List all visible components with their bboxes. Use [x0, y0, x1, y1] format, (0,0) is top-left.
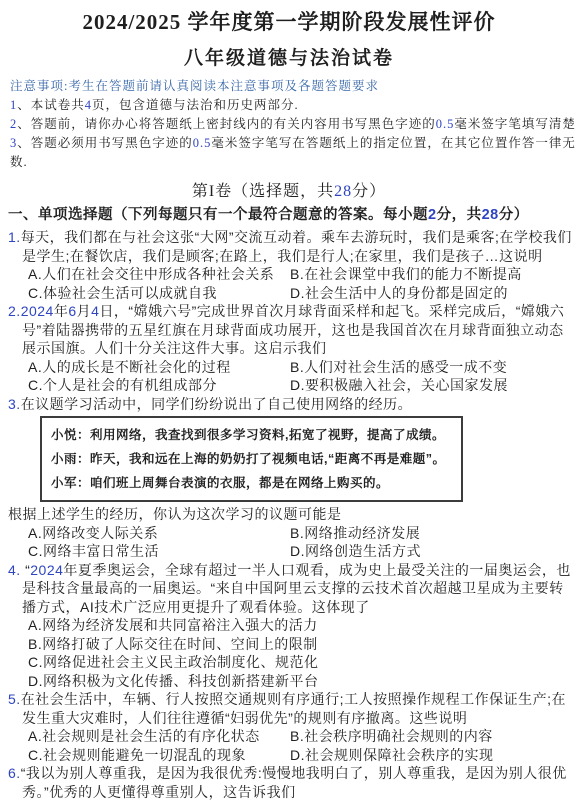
question-stem: 4. “2024年夏季奥运会，全球有超过一半人口观看，成为史上最受关注的一届奥运… [8, 561, 578, 617]
question-stem: 3.在议题学习活动中，同学们纷纷说出了自己使用网络的经历。 [8, 395, 578, 414]
notice-item: 3、答题必须用书写黑色字迹的0.5毫米签字笔写在答题纸上的指定位置，在其它位置作… [10, 134, 576, 172]
part-heading: 一、单项选择题（下列每题只有一个最符合题意的答案。每小题2分，共28分） [0, 205, 578, 226]
option-C: C.社会规则能避免一切混乱的现象 [28, 746, 290, 765]
option-A: A.社会规则是社会生活的有序化状态 [28, 727, 290, 746]
option-C: C.体验社会生活可以成就自我 [28, 284, 290, 303]
option-C: C.网络丰富日常生活 [28, 542, 290, 561]
option-row: A.社会规则是社会生活的有序化状态B.社会秩序明确社会规则的内容 [28, 727, 578, 746]
question-block: 4. “2024年夏季奥运会，全球有超过一半人口观看，成为史上最受关注的一届奥运… [8, 561, 578, 691]
option-B: B.人们对社会生活的感受一成不变 [290, 358, 578, 377]
option-row: A.人的成长是不断社会化的过程B.人们对社会生活的感受一成不变 [28, 358, 578, 377]
option-B: B.社会秩序明确社会规则的内容 [290, 727, 578, 746]
notice-list: 1、本试卷共4页，包含道德与法治和历史两部分.2、答题前，请你办心将答题纸上密封… [10, 96, 576, 172]
notices-block: 注意事项:考生在答题前请认真阅读本注意事项及各题答题要求 1、本试卷共4页，包含… [0, 77, 578, 172]
option-D: D.社会规则保障社会秩序的实现 [290, 746, 578, 765]
questions: 1.每天，我们都在与社会这张“大网”交流互动着。乘车去游玩时，我们是乘客;在学校… [0, 228, 578, 801]
question-number: 2. [8, 303, 21, 319]
question-stem: 6.“我以为别人尊重我，是因为我很优秀:慢慢地我明白了，别人尊重我，是因为别人很… [8, 764, 578, 801]
question-stem: 2.2024年6月4日，“嫦娥六号”完成世界首次月球背面采样和起飞。采样完成后，… [8, 302, 578, 358]
volume-title: 第I卷（选择题，共28分） [0, 181, 578, 203]
question-number: 5. [8, 691, 21, 707]
question-stem: 5.在社会生活中，车辆、行人按照交通规则有序通行;工人按照操作规程工作保证生产;… [8, 690, 578, 727]
option-C: C.个人是社会的有机组成部分 [28, 376, 290, 395]
page-title-line1: 2024/2025 学年度第一学期阶段发展性评价 [0, 6, 578, 36]
option-row: A.人们在社会交往中形成各种社会关系B.在社会课堂中我们的能力不断提高 [28, 265, 578, 284]
exam-page: 2024/2025 学年度第一学期阶段发展性评价 八年级道德与法治试卷 注意事项… [0, 0, 578, 804]
question-number: 3. [8, 396, 21, 412]
option-list: A.人们在社会交往中形成各种社会关系B.在社会课堂中我们的能力不断提高C.体验社… [8, 265, 578, 302]
option-B: B.网络打破了人际交往在时间、空间上的限制 [28, 635, 578, 654]
question-number: 4. [8, 562, 21, 578]
notice-item: 2、答题前，请你办心将答题纸上密封线内的有关内容用书写黑色字迹的0.5毫米签字笔… [10, 115, 576, 134]
option-D: D.要积极融入社会，关心国家发展 [290, 376, 578, 395]
option-A: A.网络改变人际关系 [28, 524, 290, 543]
option-B: B.在社会课堂中我们的能力不断提高 [290, 265, 578, 284]
option-B: B.网络推动经济发展 [290, 524, 578, 543]
question-block: 2.2024年6月4日，“嫦娥六号”完成世界首次月球背面采样和起飞。采样完成后，… [8, 302, 578, 395]
option-D: D.网络创造生活方式 [290, 542, 578, 561]
option-row: C.社会规则能避免一切混乱的现象D.社会规则保障社会秩序的实现 [28, 746, 578, 765]
option-list: A.人的成长是不断社会化的过程B.人们对社会生活的感受一成不变C.个人是社会的有… [8, 358, 578, 395]
notice-header: 注意事项:考生在答题前请认真阅读本注意事项及各题答题要求 [10, 77, 576, 96]
dialog-box: 小悦：利用网络，我查找到很多学习资料,拓宽了视野，提高了成绩。小雨：昨天，我和远… [40, 416, 463, 502]
option-row: C.体验社会生活可以成就自我D.社会生活中人的身份都是固定的 [28, 284, 578, 303]
question-number: 1. [8, 229, 21, 245]
dialog-line: 小雨：昨天，我和远在上海的奶奶打了视频电话,“距离不再是难题”。 [51, 447, 452, 471]
option-A: A.网络为经济发展和共同富裕注入强大的活力 [28, 616, 578, 635]
option-C: C.网络促进社会主义民主政治制度化、规范化 [28, 653, 578, 672]
dialog-line: 小悦：利用网络，我查找到很多学习资料,拓宽了视野，提高了成绩。 [51, 423, 452, 447]
notice-item: 1、本试卷共4页，包含道德与法治和历史两部分. [10, 96, 576, 115]
option-row: C.网络丰富日常生活D.网络创造生活方式 [28, 542, 578, 561]
option-row: A.网络改变人际关系B.网络推动经济发展 [28, 524, 578, 543]
option-list: A.社会规则是社会生活的有序化状态B.社会秩序明确社会规则的内容C.社会规则能避… [8, 727, 578, 764]
question-block: 6.“我以为别人尊重我，是因为我很优秀:慢慢地我明白了，别人尊重我，是因为别人很… [8, 764, 578, 801]
option-A: A.人们在社会交往中形成各种社会关系 [28, 265, 290, 284]
option-D: D.网络积极为文化传播、科技创新搭建新平台 [28, 672, 578, 691]
question-number: 6. [8, 765, 21, 781]
question-block: 3.在议题学习活动中，同学们纷纷说出了自己使用网络的经历。小悦：利用网络，我查找… [8, 395, 578, 561]
option-row: C.个人是社会的有机组成部分D.要积极融入社会，关心国家发展 [28, 376, 578, 395]
question-stem: 1.每天，我们都在与社会这张“大网”交流互动着。乘车去游玩时，我们是乘客;在学校… [8, 228, 578, 265]
option-A: A.人的成长是不断社会化的过程 [28, 358, 290, 377]
question-block: 5.在社会生活中，车辆、行人按照交通规则有序通行;工人按照操作规程工作保证生产;… [8, 690, 578, 764]
option-D: D.社会生活中人的身份都是固定的 [290, 284, 578, 303]
dialog-line: 小军：咱们班上周舞台表演的衣服，都是在网络上购买的。 [51, 471, 452, 495]
question-block: 1.每天，我们都在与社会这张“大网”交流互动着。乘车去游玩时，我们是乘客;在学校… [8, 228, 578, 302]
question-followup: 根据上述学生的经历，你认为这次学习的议题可能是 [8, 505, 578, 524]
option-list: A.网络改变人际关系B.网络推动经济发展C.网络丰富日常生活D.网络创造生活方式 [8, 524, 578, 561]
page-title-line2: 八年级道德与法治试卷 [0, 43, 578, 70]
option-list: A.网络为经济发展和共同富裕注入强大的活力B.网络打破了人际交往在时间、空间上的… [8, 616, 578, 690]
